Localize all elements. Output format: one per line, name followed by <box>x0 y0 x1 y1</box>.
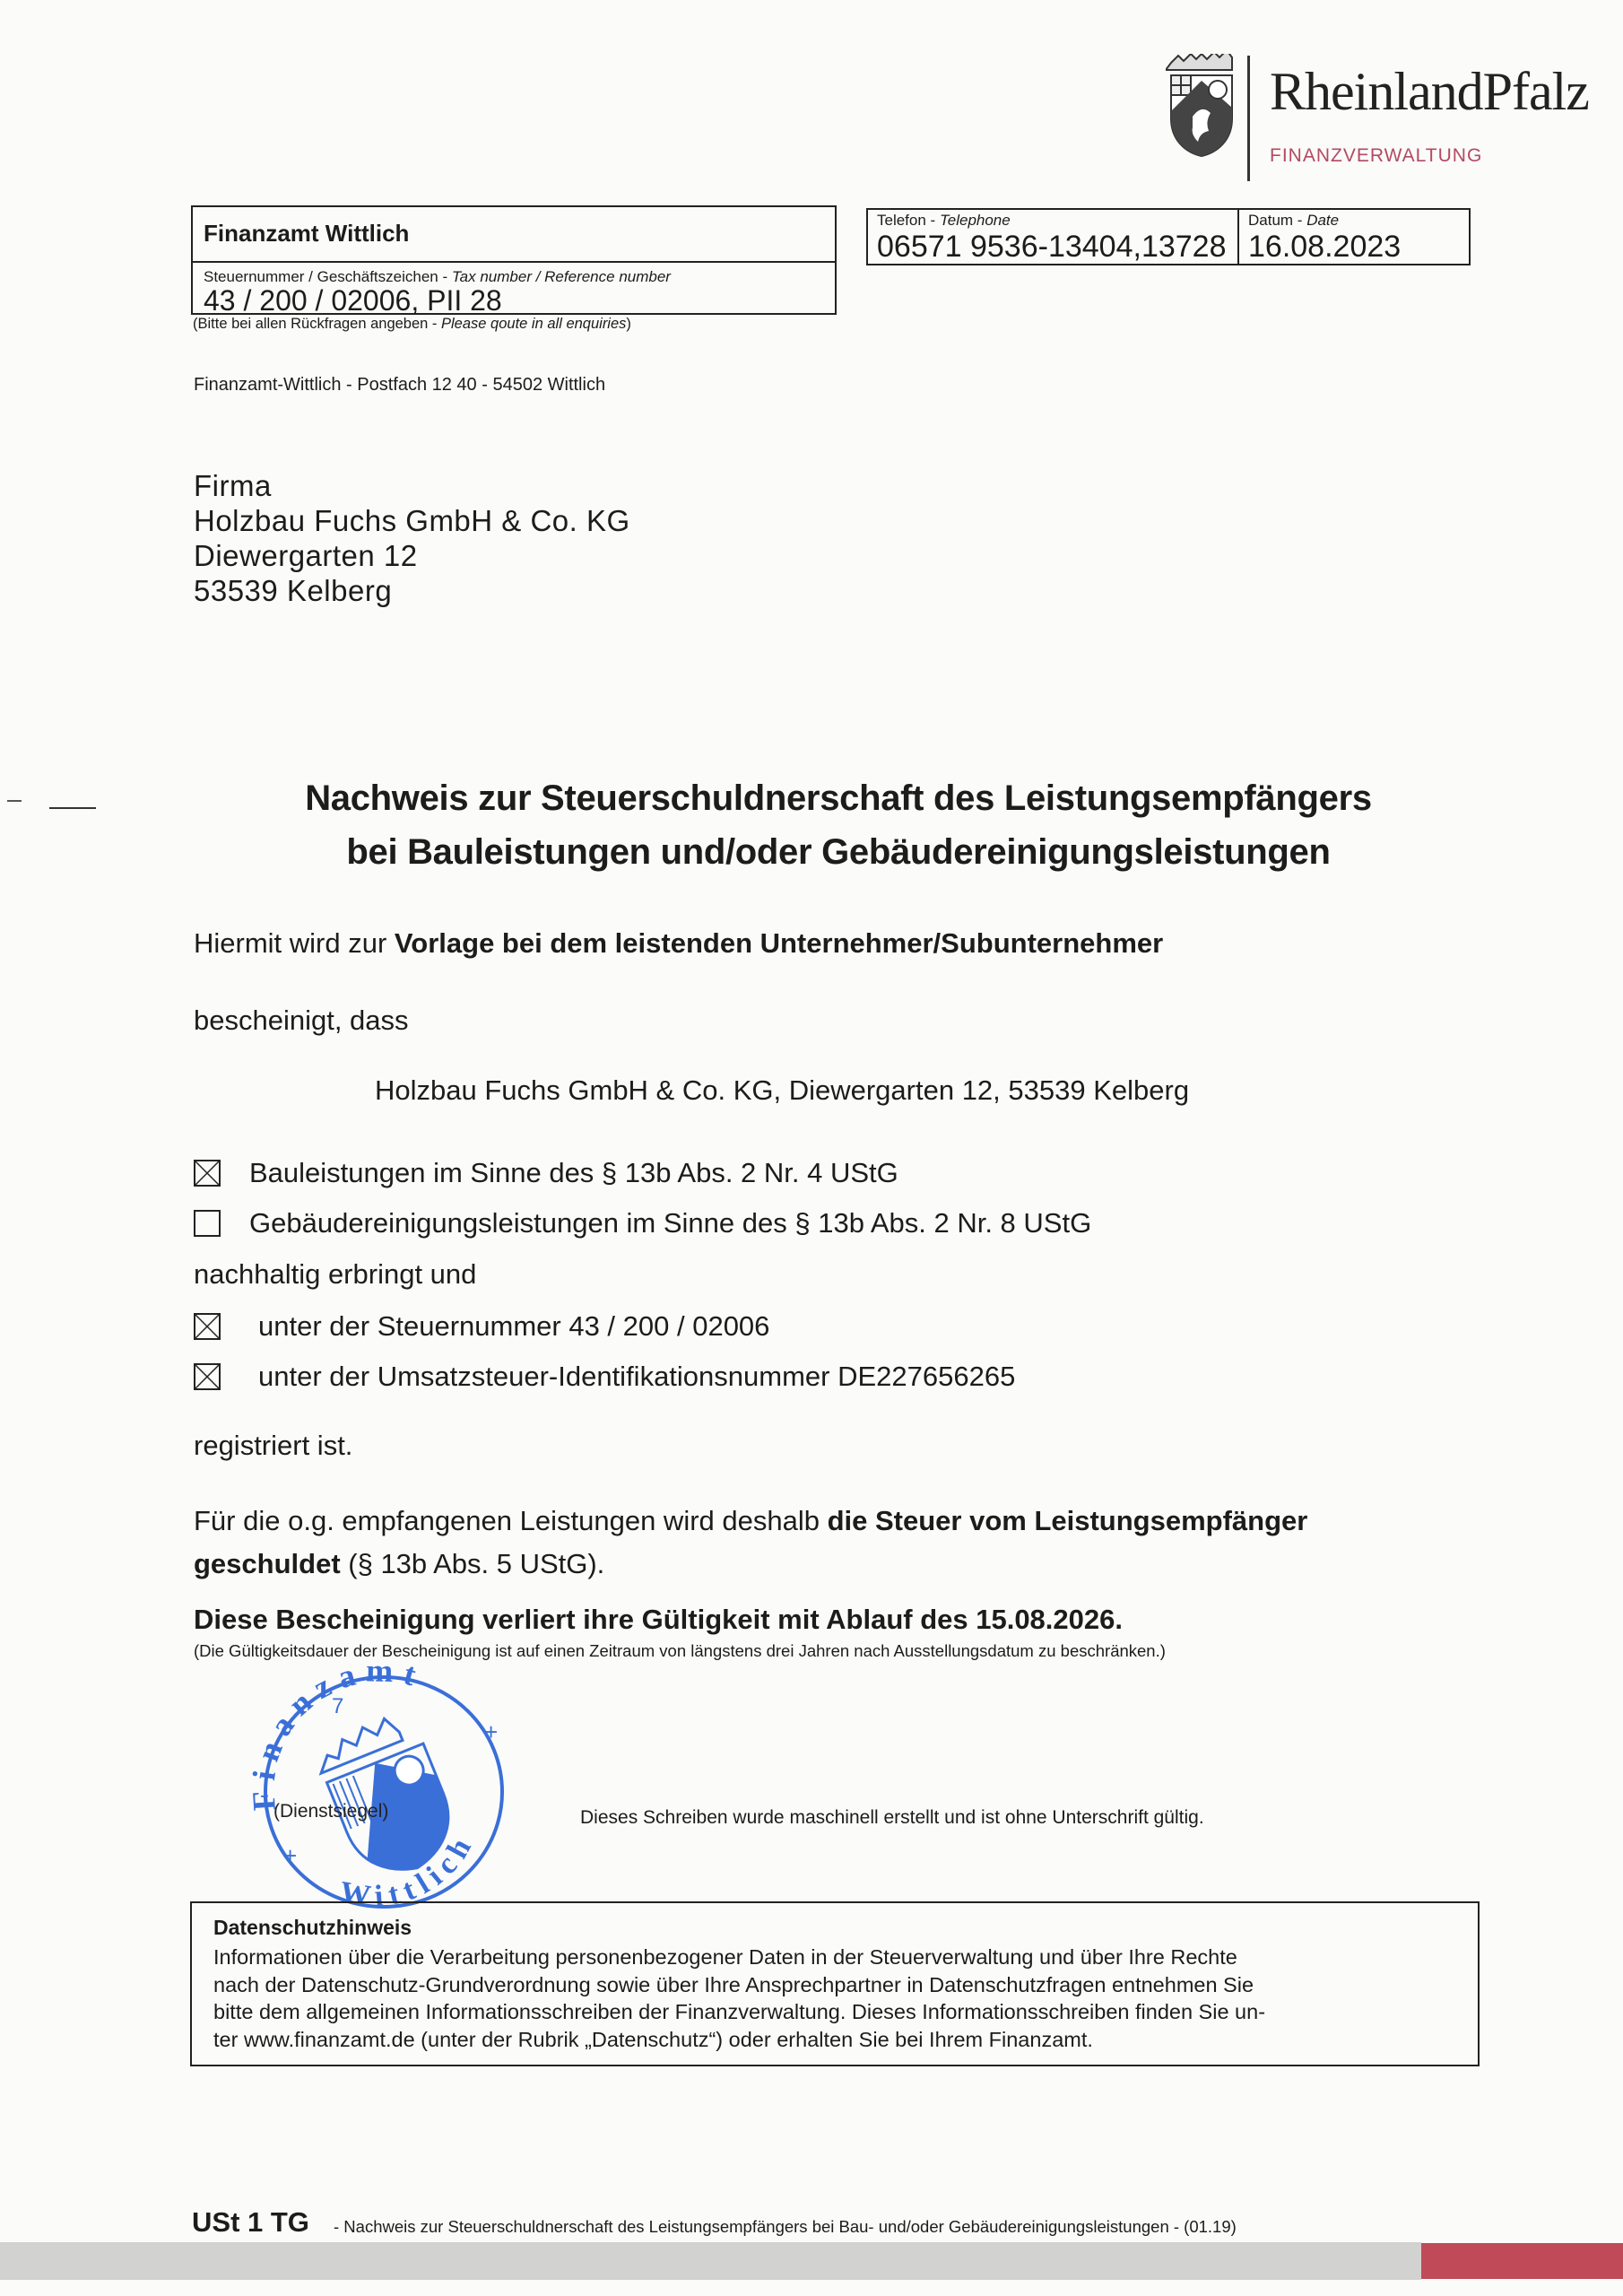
privacy-line: nach der Datenschutz-Grundverordnung sow… <box>213 1971 1469 1999</box>
checkbox-checked[interactable] <box>194 1363 221 1390</box>
registration-row-vat-id: unter der Umsatzsteuer-Identifikationsnu… <box>194 1361 1015 1393</box>
contact-box: Telefon - Telephone 06571 9536-13404,137… <box>866 208 1471 265</box>
service-label: Gebäudereinigungsleistungen im Sinne des… <box>249 1207 1091 1239</box>
registration-label: unter der Umsatzsteuer-Identifikationsnu… <box>258 1361 1015 1393</box>
sender-return-address: Finanzamt-Wittlich - Postfach 12 40 - 54… <box>194 375 605 396</box>
date-label-en: Date <box>1306 212 1339 229</box>
telephone-label-de: Telefon - <box>877 212 940 229</box>
reference-hint: (Bitte bei allen Rückfragen angeben - Pl… <box>193 316 631 333</box>
footer-bar-grey <box>0 2242 1421 2280</box>
coat-of-arms-icon <box>1166 54 1237 161</box>
privacy-title: Datenschutzhinweis <box>213 1916 412 1940</box>
document-subtitle: bei Bauleistungen und/oder Gebäudereinig… <box>0 832 1623 873</box>
privacy-body: Informationen über die Verarbeitung pers… <box>213 1944 1469 2053</box>
registered-text: registriert ist. <box>194 1430 352 1462</box>
reference-number-label: Steuernummer / Geschäftszeichen - Tax nu… <box>204 268 671 286</box>
checkbox-checked[interactable] <box>194 1313 221 1340</box>
company-line: Holzbau Fuchs GmbH & Co. KG, Diewergarte… <box>375 1074 1189 1107</box>
form-code: USt 1 TG <box>192 2206 309 2239</box>
registration-row-tax-number: unter der Steuernummer 43 / 200 / 02006 <box>194 1310 769 1343</box>
divider <box>1237 210 1239 264</box>
hint-close: ) <box>626 316 631 332</box>
document-title: Nachweis zur Steuerschuldnerschaft des L… <box>0 778 1623 819</box>
checkbox-unchecked[interactable] <box>194 1210 221 1237</box>
state-logo-text: RheinlandPfalz <box>1270 65 1589 118</box>
privacy-line: Informationen über die Verarbeitung pers… <box>213 1944 1469 1971</box>
reference-label-de: Steuernummer / Geschäftszeichen - <box>204 268 452 285</box>
state-logo-subtitle: FINANZVERWALTUNG <box>1270 145 1482 167</box>
registration-label: unter der Steuernummer 43 / 200 / 02006 <box>258 1310 769 1343</box>
recipient-line: Holzbau Fuchs GmbH & Co. KG <box>194 503 630 538</box>
divider <box>193 261 835 263</box>
privacy-line: bitte dem allgemeinen Informationsschrei… <box>213 1998 1469 2026</box>
logo-divider <box>1247 56 1250 181</box>
service-row-cleaning: Gebäudereinigungsleistungen im Sinne des… <box>194 1207 1091 1239</box>
liability-paragraph: Für die o.g. empfangenen Leistungen wird… <box>194 1500 1307 1586</box>
telephone-label-en: Telephone <box>940 212 1011 229</box>
recipient-line: 53539 Kelberg <box>194 573 630 608</box>
validity-statement: Diese Bescheinigung verliert ihre Gültig… <box>194 1604 1123 1636</box>
cross-icon <box>195 1315 219 1338</box>
svg-text:+: + <box>484 1718 498 1745</box>
service-label: Bauleistungen im Sinne des § 13b Abs. 2 … <box>249 1157 898 1189</box>
hint-de: (Bitte bei allen Rückfragen angeben - <box>193 316 441 332</box>
telephone-label: Telefon - Telephone <box>877 212 1011 230</box>
svg-text:7: 7 <box>332 1694 343 1718</box>
sustained-text: nachhaltig erbringt und <box>194 1258 476 1291</box>
recipient-line: Firma <box>194 468 630 503</box>
intro-plain: Hiermit wird zur <box>194 927 395 959</box>
stamp-icon: Finanzamt Wittlich + + 7 <box>240 1657 527 1918</box>
privacy-notice-box: Datenschutzhinweis Informationen über di… <box>190 1901 1480 2066</box>
liability-bold: die Steuer vom Leistungsempfänger <box>828 1505 1308 1536</box>
seal-label: (Dienstsiegel) <box>273 1801 388 1822</box>
intro-paragraph: Hiermit wird zur Vorlage bei dem leisten… <box>194 927 1163 960</box>
liability-plain: (§ 13b Abs. 5 UStG). <box>341 1548 605 1579</box>
liability-bold: geschuldet <box>194 1548 341 1579</box>
liability-plain: Für die o.g. empfangenen Leistungen wird… <box>194 1505 828 1536</box>
hint-en: Please qoute in all enquiries <box>441 316 626 332</box>
certified-text: bescheinigt, dass <box>194 1004 409 1037</box>
reference-label-en: Tax number / Reference number <box>452 268 671 285</box>
recipient-line: Diewergarten 12 <box>194 538 630 573</box>
date-value: 16.08.2023 <box>1248 230 1401 265</box>
machine-generated-note: Dieses Schreiben wurde maschinell erstel… <box>580 1807 1204 1829</box>
cross-icon <box>195 1365 219 1388</box>
footer-bar-red <box>1421 2243 1623 2279</box>
telephone-value: 06571 9536-13404,13728 <box>877 230 1227 265</box>
intro-bold: Vorlage bei dem leistenden Unternehmer/S… <box>395 927 1163 959</box>
form-description: - Nachweis zur Steuerschuldnerschaft des… <box>334 2217 1237 2237</box>
checkbox-checked[interactable] <box>194 1160 221 1187</box>
cross-icon <box>195 1161 219 1185</box>
svg-text:+: + <box>283 1842 297 1869</box>
official-seal-stamp: Finanzamt Wittlich + + 7 <box>240 1657 527 1918</box>
tax-office-box: Finanzamt Wittlich Steuernummer / Geschä… <box>191 205 837 315</box>
service-row-construction: Bauleistungen im Sinne des § 13b Abs. 2 … <box>194 1157 898 1189</box>
privacy-line: ter www.finanzamt.de (unter der Rubrik „… <box>213 2026 1469 2054</box>
date-label: Datum - Date <box>1248 212 1339 230</box>
recipient-address: Firma Holzbau Fuchs GmbH & Co. KG Diewer… <box>194 468 630 608</box>
date-label-de: Datum - <box>1248 212 1306 229</box>
tax-office-name: Finanzamt Wittlich <box>204 220 409 248</box>
reference-number-value: 43 / 200 / 02006, PII 28 <box>204 284 502 317</box>
